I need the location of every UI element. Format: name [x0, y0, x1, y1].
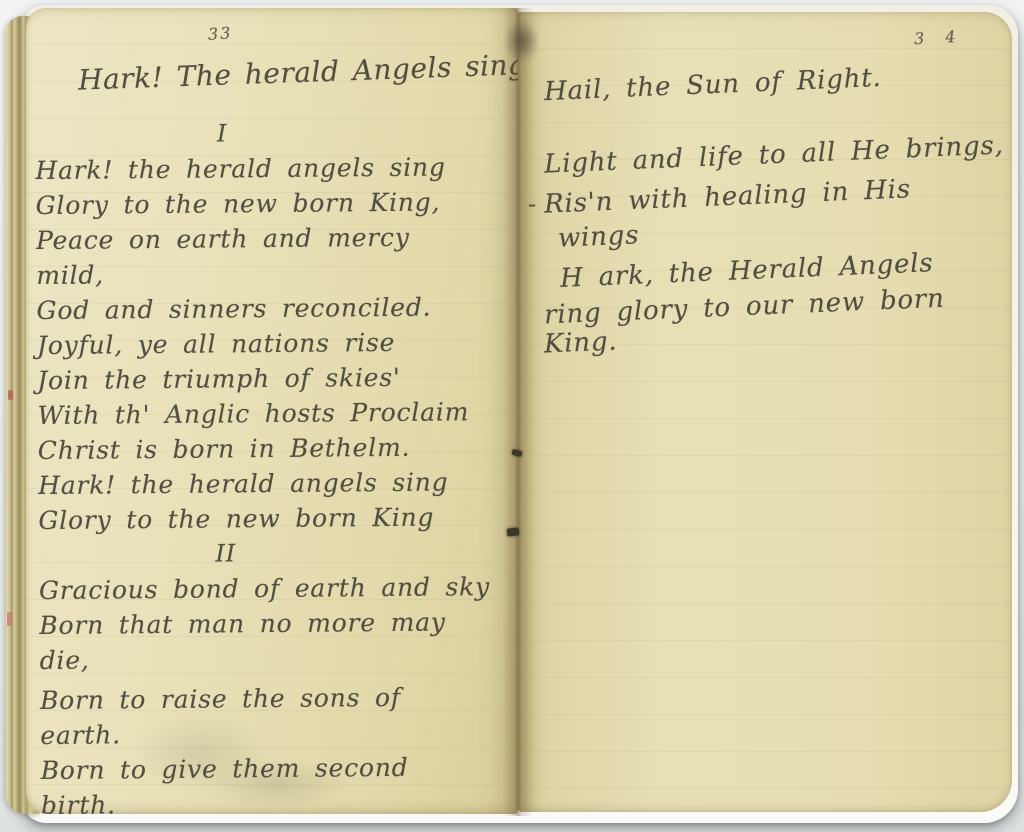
- handwritten-line: mild,: [36, 254, 502, 293]
- right-page-number: 3 4: [914, 27, 964, 49]
- handwritten-line: Born to raise the sons of: [40, 679, 506, 718]
- handwritten-line: King.: [543, 326, 618, 359]
- binding-stitch: [507, 527, 520, 536]
- handwritten-line: God and sinners reconciled.: [36, 289, 502, 328]
- handwritten-line: Peace on earth and mercy: [36, 219, 502, 258]
- edge-fiber-mark: [8, 390, 13, 400]
- handwritten-line: Hail, the Sun of Right.: [544, 63, 883, 107]
- handwritten-line: Gracious bond of earth and sky: [39, 569, 505, 608]
- handwritten-line: Light and life to all He brings,: [544, 130, 1005, 179]
- handwritten-line: die,: [40, 639, 506, 678]
- notebook-scan: 33 Hark! The herald Angels sing I Hark! …: [0, 0, 1024, 832]
- handwritten-line: Born that man no more may: [39, 604, 505, 643]
- ruled-lines-right: [518, 12, 1012, 812]
- handwritten-line: Hark! the herald angels sing: [35, 149, 501, 188]
- handwritten-line: Hark! the herald angels sing: [38, 464, 504, 503]
- handwritten-line: Born to give them second: [40, 749, 506, 788]
- right-page: 3 4 - Hail, the Sun of Right. Light and …: [518, 12, 1012, 812]
- handwritten-line: With th' Anglic hosts Proclaim: [37, 394, 503, 433]
- handwritten-line: Glory to the new born King: [38, 499, 504, 538]
- binding-gutter-shadow: [503, 8, 533, 816]
- binding-smudge: [498, 12, 546, 70]
- handwritten-line: earth.: [40, 714, 506, 753]
- stanza-2-label: II: [26, 534, 459, 573]
- handwritten-line: Ris'n with healing in His: [544, 174, 912, 219]
- left-page: 33 Hark! The herald Angels sing I Hark! …: [26, 8, 518, 814]
- handwritten-line: Glory to the new born King,: [36, 184, 502, 223]
- handwritten-line: wings: [557, 220, 639, 253]
- hymn-title: Hark! The herald Angels sing: [78, 48, 518, 96]
- handwritten-line: birth.: [41, 784, 507, 814]
- handwritten-line: Join the triumph of skies': [37, 359, 503, 398]
- left-page-number: 33: [207, 23, 233, 44]
- edge-fiber-mark: [7, 612, 12, 626]
- handwritten-line: Joyful, ye all nations rise: [37, 324, 503, 363]
- handwritten-line: Christ is born in Bethelm.: [38, 429, 504, 468]
- left-page-text: I Hark! the herald angels sing Glory to …: [35, 114, 507, 814]
- stanza-1-label: I: [26, 114, 455, 153]
